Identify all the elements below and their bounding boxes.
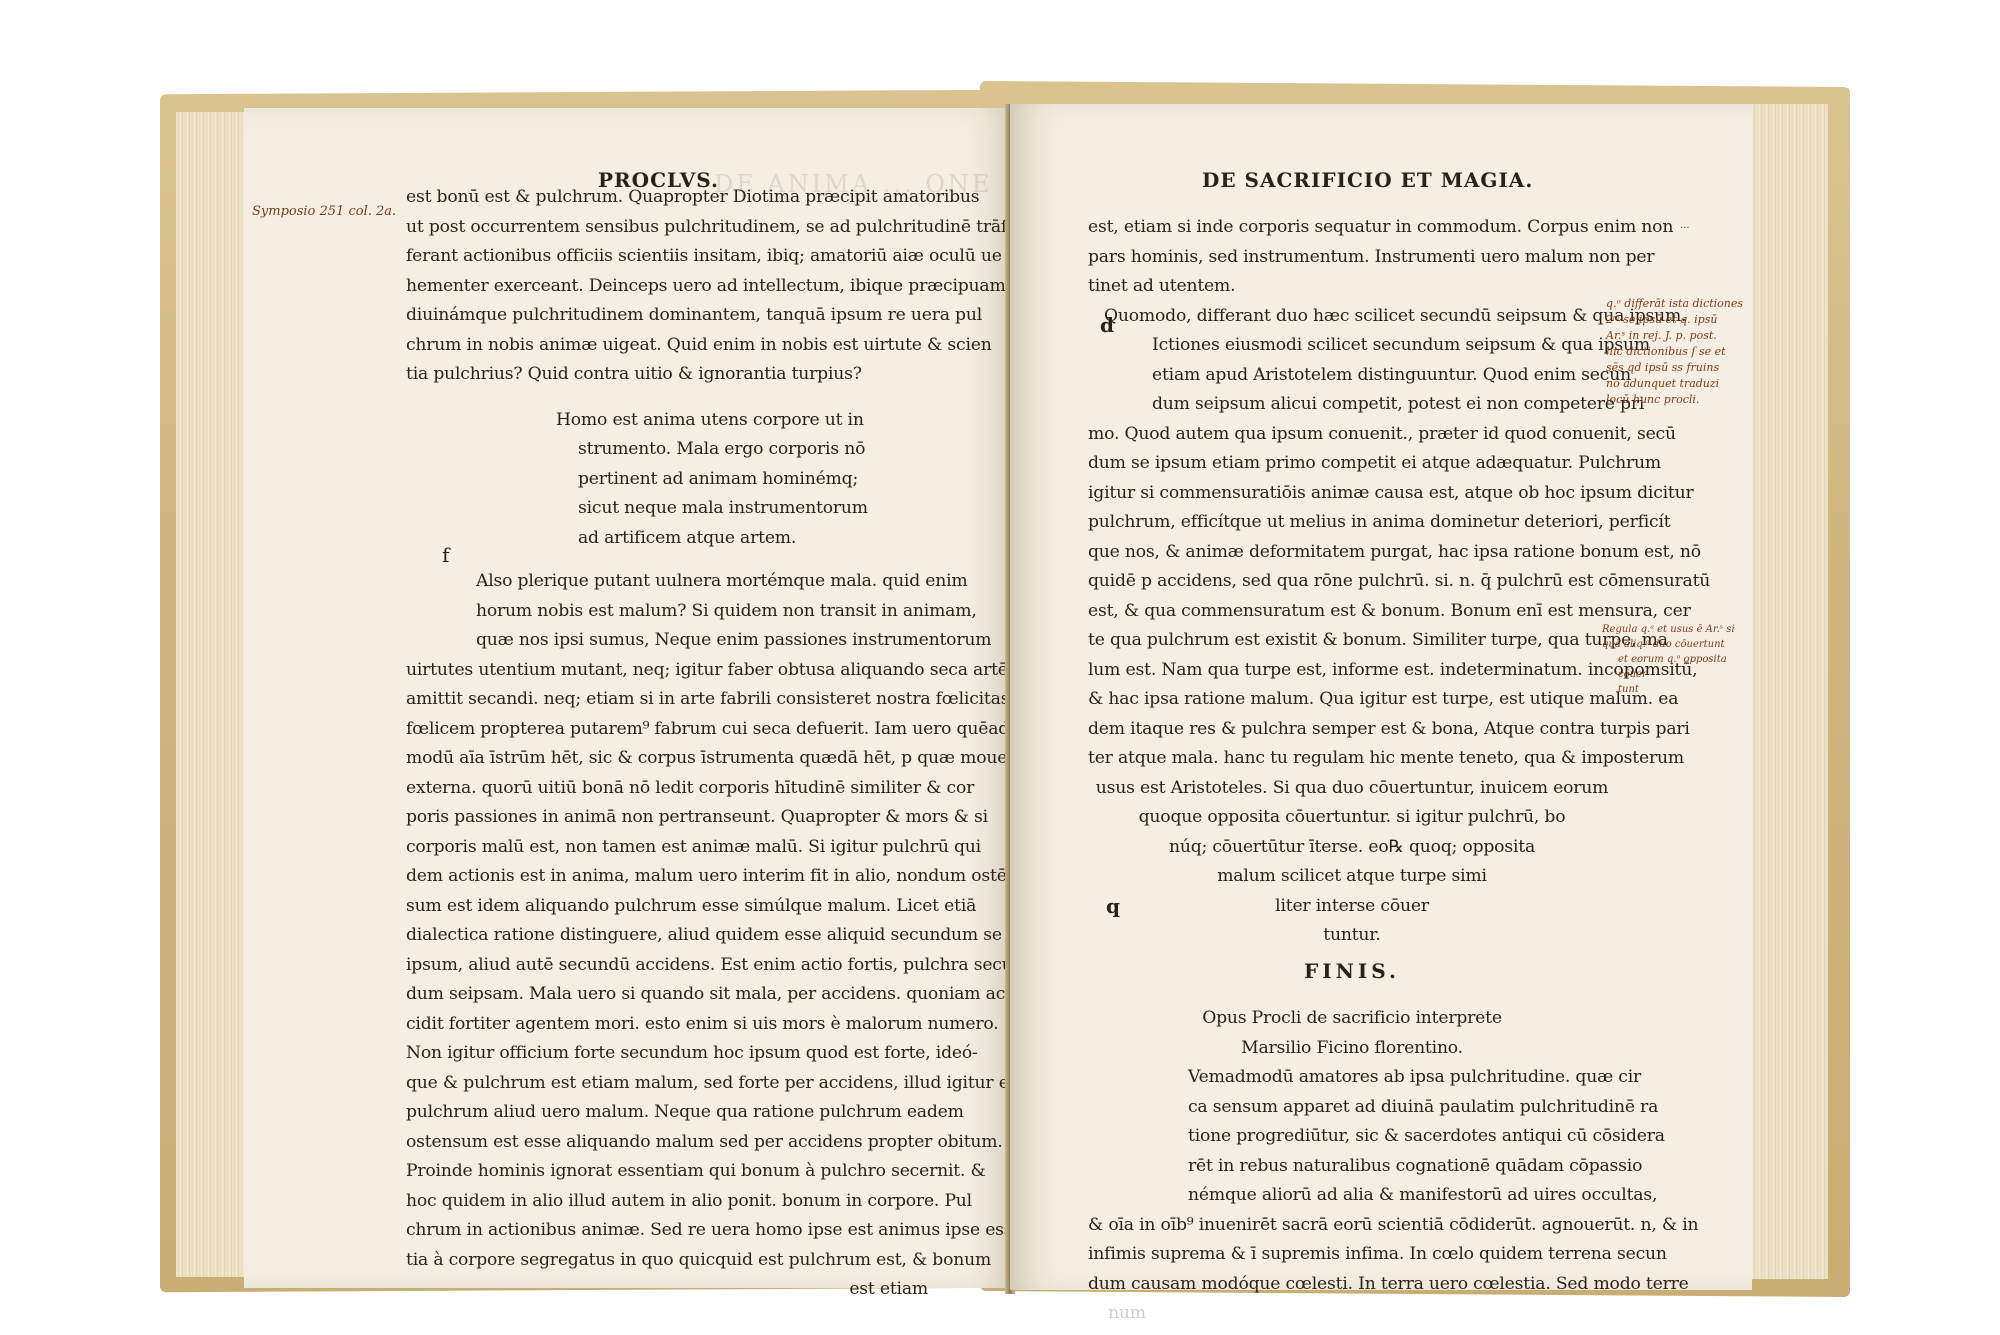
text-line: quæ nos ipsi sumus, Neque enim passiones… <box>406 626 928 656</box>
right-page-text: est, etiam si inde corporis sequatur in … <box>1088 213 1616 1329</box>
text-line: est bonū est & pulchrum. Quapropter Diot… <box>406 183 928 213</box>
text-line: pulchrum aliud uero malum. Neque qua rat… <box>406 1098 928 1128</box>
text-line: que nos, & animæ deformitatem purgat, ha… <box>1088 538 1616 568</box>
text-line: chrum in nobis animæ uigeat. Quid enim i… <box>406 331 928 361</box>
annotation-line: Regula q.ᵃ et usus ē Ar.ˢ si <box>1602 622 1752 637</box>
text-line: Homo est anima utens corpore ut in <box>406 406 928 436</box>
text-line: Vemadmodū amatores ab ipsa pulchritudine… <box>1088 1063 1616 1093</box>
text-line: ferant actionibus officiis scientiis ins… <box>406 242 928 272</box>
text-line: ter atque mala. hanc tu regulam hic ment… <box>1088 744 1616 774</box>
annotation-line: 2ᵐ se ipsū et q. ipsū <box>1606 312 1746 328</box>
text-line: horum nobis est malum? Si quidem non tra… <box>406 597 928 627</box>
text-line: dum seipsum alicui competit, potest ei n… <box>1088 390 1616 420</box>
text-line: tinet ad utentem. <box>1088 272 1616 302</box>
text-line: dem itaque res & pulchra semper est & bo… <box>1088 715 1616 745</box>
guide-letter-q: q <box>1106 894 1120 918</box>
text-line: externa. quorū uitiū bonā nō ledit corpo… <box>406 774 928 804</box>
text-line: ca sensum apparet ad diuinā paulatim pul… <box>1088 1093 1616 1123</box>
text-line: dem actionis est in anima, malum uero in… <box>406 862 928 892</box>
annotation-line: q.ᵒ differāt ista dictiones <box>1606 296 1746 312</box>
text-line: pulchrum, efficítque ut melius in anima … <box>1088 508 1616 538</box>
show-through-catchword: num <box>1088 1299 1616 1329</box>
text-line: infimis suprema & ī supremis infima. In … <box>1088 1240 1616 1270</box>
text-line: amittit secandi. neq; etiam si in arte f… <box>406 685 928 715</box>
text-line: ut post occurrentem sensibus pulchritudi… <box>406 213 928 243</box>
text-line: lum est. Nam qua turpe est, informe est.… <box>1088 656 1616 686</box>
text-line: tuntur. <box>1088 921 1616 951</box>
right-paragraph-2: Quomodo, differant duo hæc scilicet secu… <box>1088 302 1616 774</box>
margin-annotation-differant: q.ᵒ differāt ista dictiones 2ᵐ se ipsū e… <box>1606 296 1746 408</box>
text-line: tia à corpore segregatus in quo quicquid… <box>406 1246 928 1276</box>
title-line: Opus Procli de sacrificio interprete <box>1088 1004 1616 1034</box>
text-line: uirtutes utentium mutant, neq; igitur fa… <box>406 656 928 686</box>
right-paragraph-3: Vemadmodū amatores ab ipsa pulchritudine… <box>1088 1063 1616 1299</box>
text-line: que & pulchrum est etiam malum, sed fort… <box>406 1069 928 1099</box>
text-line: modū aīa īstrūm hēt, sic & corpus īstrum… <box>406 744 928 774</box>
text-line: pars hominis, sed instrumentum. Instrume… <box>1088 243 1616 273</box>
text-line: etiam apud Aristotelem distinguuntur. Qu… <box>1088 361 1616 391</box>
text-line: dum seipsam. Mala uero si quando sit mal… <box>406 980 928 1010</box>
text-line: est, etiam si inde corporis sequatur in … <box>1088 213 1616 243</box>
text-line: strumento. Mala ergo corporis nō <box>406 435 928 465</box>
catchword: est etiam <box>406 1275 928 1305</box>
text-line: rēt in rebus naturalibus cognationē quād… <box>1088 1152 1616 1182</box>
text-line: & hac ipsa ratione malum. Qua igitur est… <box>1088 685 1616 715</box>
annotation-line: Ar.ˢ in rej. J. p. post. <box>1606 328 1746 344</box>
text-line: est, & qua commensuratum est & bonum. Bo… <box>1088 597 1616 627</box>
left-indented-passage: Homo est anima utens corpore ut in strum… <box>406 406 928 554</box>
annotation-line: tunt <box>1602 682 1752 697</box>
text-line: te qua pulchrum est existit & bonum. Sim… <box>1088 626 1616 656</box>
text-line: némque aliorū ad alia & manifestorū ad u… <box>1088 1181 1616 1211</box>
text-line: ostensum est esse aliquando malum sed pe… <box>406 1128 928 1158</box>
text-line: dialectica ratione distinguere, aliud qu… <box>406 921 928 951</box>
margin-annotation-regula: Regula q.ᵃ et usus ē Ar.ˢ si quā aliq.ᵃ … <box>1602 622 1752 697</box>
corner-annotation: ... <box>1680 218 1690 234</box>
text-line: dum causam modóque cœlesti. In terra uer… <box>1088 1270 1616 1300</box>
text-line: igitur si commensuratiōis animæ causa es… <box>1088 479 1616 509</box>
text-line: usus est Aristoteles. Si qua duo cōuertu… <box>1088 774 1616 804</box>
text-line: corporis malū est, non tamen est animæ m… <box>406 833 928 863</box>
text-line: cidit fortiter agentem mori. esto enim s… <box>406 1010 928 1040</box>
text-line: pertinent ad animam hominémq; <box>406 465 928 495</box>
text-line: hoc quidem in alio illud autem in alio p… <box>406 1187 928 1217</box>
annotation-line: nō adunquet traduzi <box>1606 376 1746 392</box>
text-line: Also plerique putant uulnera mortémque m… <box>406 567 928 597</box>
text-line: dum se ipsum etiam primo competit ei atq… <box>1088 449 1616 479</box>
text-line: hementer exerceant. Deinceps uero ad int… <box>406 272 928 302</box>
text-line: núq; cōuertūtur īterse. eo℞ quoq; opposi… <box>1088 833 1616 863</box>
page-edges-left <box>176 112 246 1277</box>
text-line: liter interse cōuer <box>1088 892 1616 922</box>
new-work-title: Opus Procli de sacrificio interprete Mar… <box>1088 1004 1616 1063</box>
text-line: fœlicem propterea putarem⁹ fabrum cui se… <box>406 715 928 745</box>
running-head-right: DE SACRIFICIO ET MAGIA. <box>1202 168 1533 192</box>
left-page-text: est bonū est & pulchrum. Quapropter Diot… <box>406 183 928 1305</box>
text-line: quoque opposita cōuertuntur. si igitur p… <box>1088 803 1616 833</box>
text-line: diuinámque pulchritudinem dominantem, ta… <box>406 301 928 331</box>
text-line: sum est idem aliquando pulchrum esse sim… <box>406 892 928 922</box>
annotation-line: hic dictionibus ſ se et <box>1606 344 1746 360</box>
left-paragraph-2: Also plerique putant uulnera mortémque m… <box>406 567 928 1305</box>
text-line: ipsum, aliud autē secundū accidens. Est … <box>406 951 928 981</box>
annotation-line: locū hunc procli. <box>1606 392 1746 408</box>
right-tapering-text: usus est Aristoteles. Si qua duo cōuertu… <box>1088 774 1616 951</box>
text-line: ad artificem atque artem. <box>406 524 928 554</box>
finis-heading: FINIS. <box>1088 957 1616 987</box>
text-line: poris passiones in animā non pertranseun… <box>406 803 928 833</box>
margin-annotation-symposio: Symposio 251 col. 2a. <box>252 204 396 220</box>
annotation-line: sēs qd ipsū ss fruins <box>1606 360 1746 376</box>
guide-letter-d: d <box>1100 313 1114 337</box>
right-paragraph-1: est, etiam si inde corporis sequatur in … <box>1088 213 1616 302</box>
text-line: quidē p accidens, sed qua rōne pulchrū. … <box>1088 567 1616 597</box>
text-line: tione progrediūtur, sic & sacerdotes ant… <box>1088 1122 1616 1152</box>
title-line: Marsilio Ficino florentino. <box>1088 1034 1616 1064</box>
left-paragraph-1: est bonū est & pulchrum. Quapropter Diot… <box>406 183 928 390</box>
annotation-line: quā aliq.ᵃ duo cōuertunt <box>1602 637 1752 652</box>
text-line: tia pulchrius? Quid contra uitio & ignor… <box>406 360 928 390</box>
text-line: Proinde hominis ignorat essentiam qui bo… <box>406 1157 928 1187</box>
text-line: mo. Quod autem qua ipsum conuenit., præt… <box>1088 420 1616 450</box>
page-edges-right <box>1748 104 1828 1279</box>
annotation-line: et eorum q.ᵒ opposita cōuer <box>1602 652 1752 682</box>
text-line: chrum in actionibus animæ. Sed re uera h… <box>406 1216 928 1246</box>
guide-letter-f: f <box>442 543 449 567</box>
text-line: Non igitur officium forte secundum hoc i… <box>406 1039 928 1069</box>
text-line: Quomodo, differant duo hæc scilicet secu… <box>1088 302 1616 332</box>
text-line: malum scilicet atque turpe simi <box>1088 862 1616 892</box>
text-line: Ictiones eiusmodi scilicet secundum seip… <box>1088 331 1616 361</box>
text-line: sicut neque mala instrumentorum <box>406 494 928 524</box>
text-line: & oīa in oīb⁹ inuenirēt sacrā eorū scien… <box>1088 1211 1616 1241</box>
